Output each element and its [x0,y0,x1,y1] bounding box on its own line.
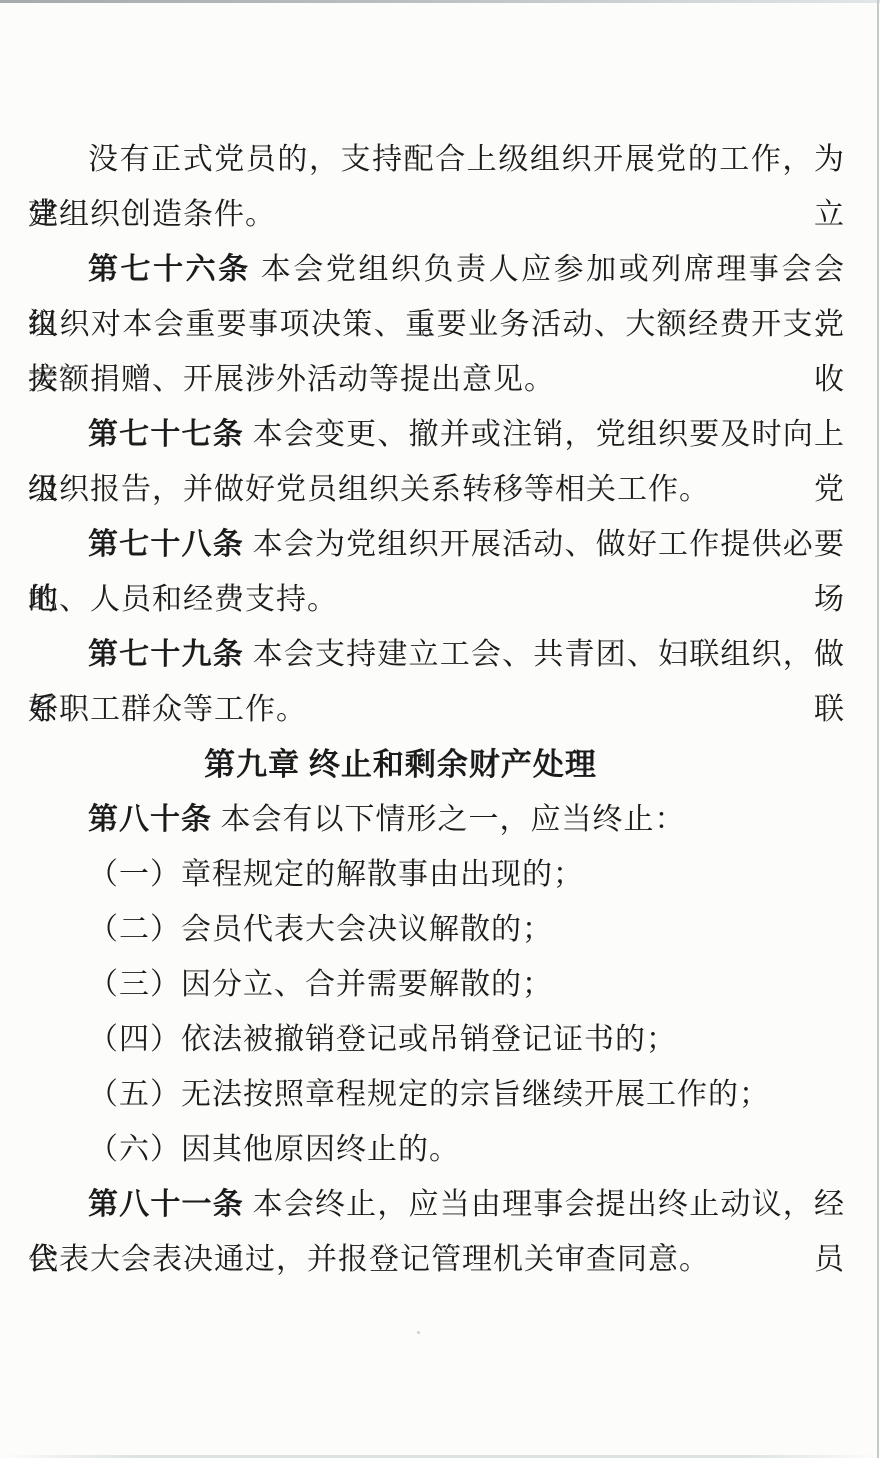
doc-line-text: 系职工群众等工作。 [28,693,307,726]
doc-line: （六）因其他原因终止的。 [28,1122,845,1177]
doc-line: 组织对本会重要事项决策、重要业务活动、大额经费开支、接收 [28,297,845,352]
doc-line-text: （三）因分立、合并需要解散的； [88,968,553,1001]
chapter-heading-text: 第九章 终止和剩余财产处理 [204,747,597,782]
doc-line-text: （五）无法按照章程规定的宗旨继续开展工作的； [88,1078,770,1111]
article-number: 第八十条 [88,803,212,836]
document-page: 没有正式党员的，支持配合上级组织开展党的工作，为建立 党组织创造条件。 第七十六… [0,0,880,1458]
scan-artifact-top-edge [0,0,880,3]
doc-line: （四）依法被撤销登记或吊销登记证书的； [28,1012,845,1067]
doc-line-text: 大额捐赠、开展涉外活动等提出意见。 [28,363,555,396]
doc-line: （二）会员代表大会决议解散的； [28,902,845,957]
doc-line: 第七十九条 本会支持建立工会、共青团、妇联组织，做好联 [28,627,845,682]
doc-line: （一）章程规定的解散事由出现的； [28,847,845,902]
doc-line-text: 组织报告，并做好党员组织关系转移等相关工作。 [28,473,710,506]
article-number: 第七十六条 [88,253,251,286]
article-number: 第七十八条 [88,528,244,561]
doc-line-text: （二）会员代表大会决议解散的； [88,913,553,946]
article-number: 第七十九条 [88,638,244,671]
doc-line-text: （四）依法被撤销登记或吊销登记证书的； [88,1023,677,1056]
doc-line-text: 本会有以下情形之一，应当终止： [212,803,686,836]
doc-line: 第八十一条 本会终止，应当由理事会提出终止动议，经会员 [28,1177,845,1232]
doc-line-text: 代表大会表决通过，并报登记管理机关审查同意。 [28,1243,710,1276]
doc-line-text: （一）章程规定的解散事由出现的； [88,858,584,891]
doc-line-text: 地、人员和经费支持。 [28,583,338,616]
doc-line-text: （六）因其他原因终止的。 [88,1133,460,1166]
doc-line: 没有正式党员的，支持配合上级组织开展党的工作，为建立 [28,132,845,187]
doc-line: 第七十七条 本会变更、撤并或注销，党组织要及时向上级党 [28,407,845,462]
doc-line: （五）无法按照章程规定的宗旨继续开展工作的； [28,1067,845,1122]
doc-line: （三）因分立、合并需要解散的； [28,957,845,1012]
article-number: 第八十一条 [88,1188,244,1221]
scan-artifact-right-edge [877,0,879,1458]
scan-speck [417,1331,420,1334]
article-number: 第七十七条 [88,418,244,451]
doc-line: 第七十八条 本会为党组织开展活动、做好工作提供必要的场 [28,517,845,572]
chapter-heading: 第九章 终止和剩余财产处理 [0,737,809,792]
doc-line: 第七十六条 本会党组织负责人应参加或列席理事会会议。党 [28,242,845,297]
doc-line-text: 党组织创造条件。 [28,198,276,231]
doc-line: 第八十条 本会有以下情形之一，应当终止： [28,792,845,847]
document-text-column: 没有正式党员的，支持配合上级组织开展党的工作，为建立 党组织创造条件。 第七十六… [28,132,845,1287]
